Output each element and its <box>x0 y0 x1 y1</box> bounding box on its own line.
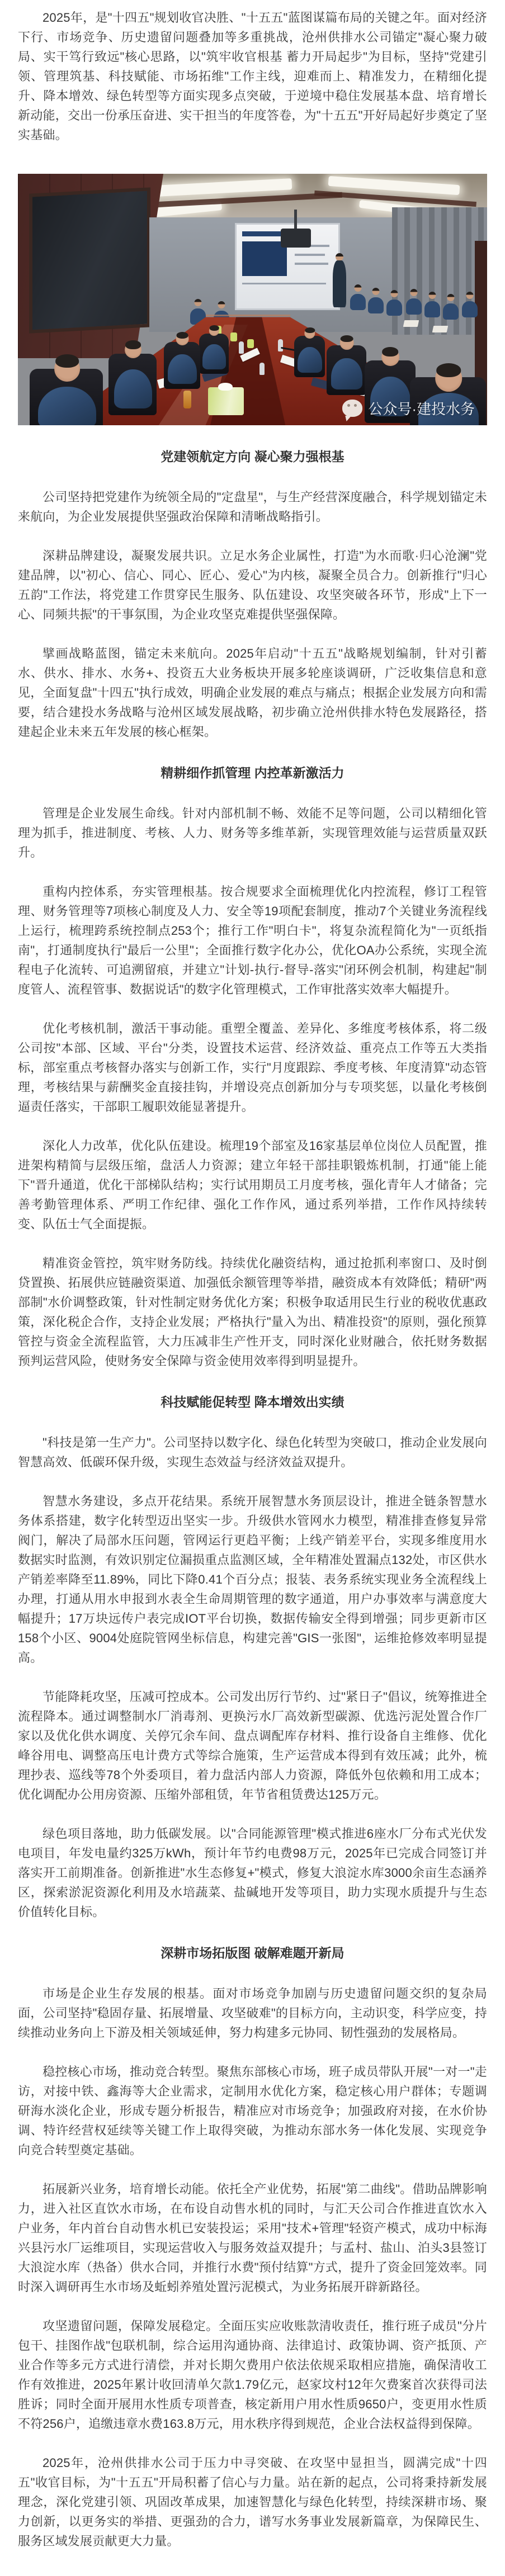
body-paragraph: 擘画战略蓝图，锚定未来航向。2025年启动"十五五"战略规划编制，针对引蓄水、供… <box>18 644 487 742</box>
water-bottle <box>259 363 265 375</box>
body-paragraph: 稳控核心市场，推动竞合转型。聚焦东部核心市场，班子成员带队开展"一对一"走访，对… <box>18 2062 487 2160</box>
seated-person <box>298 328 322 373</box>
attendee-figure <box>406 289 422 315</box>
projector <box>281 229 311 248</box>
slide-text-line <box>242 283 326 284</box>
article: 2025年，是"十四五"规划收官决胜、"十五五"蓝图谋篇布局的关键之年。面对经济… <box>0 0 505 2576</box>
body-paragraph: 市场是企业生存发展的根基。面对市场竞争加剧与历史遗留问题交织的复杂局面，公司坚持… <box>18 1984 487 2042</box>
attendee-figure <box>424 292 440 317</box>
attendee-figure <box>386 290 402 316</box>
body-paragraph: 节能降耗攻坚，压减可控成本。公司发出厉行节约、过"紧日子"倡议，统筹推进全流程降… <box>18 1687 487 1804</box>
seated-person <box>202 326 226 369</box>
intro-paragraph: 2025年，是"十四五"规划收官决胜、"十五五"蓝图谋篇布局的关键之年。面对经济… <box>18 8 487 145</box>
tea-cup <box>230 332 237 341</box>
body-paragraph: 攻坚遗留问题，保障发展稳定。全面压实应收账款清收责任，推行班子成员"分片包干、挂… <box>18 2316 487 2434</box>
seated-person <box>114 341 152 408</box>
section-heading-market: 深耕市场拓版图 破解难题开新局 <box>18 1943 487 1964</box>
presenter-figure <box>331 253 348 309</box>
body-paragraph: 公司坚持把党建作为统领全局的"定盘星"，与生产经营深度融合，科学规划锚定未来航向… <box>18 487 487 526</box>
water-bottle <box>278 339 283 351</box>
seated-person <box>168 332 197 384</box>
body-paragraph: "科技是第一生产力"。公司坚持以数字化、绿色化转型为突破口，推动企业发展向智慧高… <box>18 1433 487 1472</box>
tea-cup <box>247 339 254 348</box>
section-heading-party-building: 党建领航定方向 凝心聚力强根基 <box>18 446 487 467</box>
wall-display <box>29 187 150 333</box>
section-heading-management: 精耕细作抓管理 内控革新激活力 <box>18 763 487 783</box>
seated-person <box>331 336 362 389</box>
wechat-icon <box>342 400 362 417</box>
tissue-box <box>208 387 244 415</box>
person-torso <box>331 358 362 389</box>
table-edge-highlight <box>206 315 290 316</box>
ceiling-light <box>328 176 460 195</box>
attendee-figure <box>443 294 459 320</box>
slide-text-line <box>295 263 328 265</box>
body-paragraph: 精准资金管控，筑牢财务防线。持续优化融资结构，通过抢抓利率窗口、及时倒贷置换、拓… <box>18 1253 487 1371</box>
person-head <box>125 341 141 358</box>
name-card <box>432 326 449 332</box>
body-paragraph: 拓展新兴业务，培育增长动能。依托全产业优势，拓展"第二曲线"。借助品牌影响力，进… <box>18 2179 487 2297</box>
person-head <box>176 332 189 345</box>
closing-paragraph: 2025年，沧州供排水公司于压力中寻突破、在攻坚中显担当，圆满完成"十四五"收官… <box>18 2453 487 2551</box>
seated-person <box>38 356 96 425</box>
attendee-figure <box>462 292 478 317</box>
person-head <box>381 348 399 366</box>
slide-text-line <box>295 254 325 256</box>
body-paragraph: 绿色项目落地，助力低碳发展。以"合同能源管理"模式推进6座水厂分布式光伏发电项目… <box>18 1824 487 1922</box>
person-head <box>340 336 354 350</box>
photo-watermark: 公众号·建投水务 <box>342 398 475 419</box>
slide-panel <box>242 241 287 276</box>
body-paragraph: 管理是企业发展生命线。针对内部机制不畅、效能不足等问题，公司以精细化管理为抓手，… <box>18 804 487 862</box>
attendee-figure <box>368 288 384 313</box>
name-card <box>403 320 419 327</box>
person-head <box>54 356 80 382</box>
body-paragraph: 重构内控体系，夯实管理根基。按合规要求全面梳理优化内控流程，修订工程管理、财务管… <box>18 882 487 999</box>
body-paragraph: 深化人力改革，优化队伍建设。梳理19个部室及16家基层单位岗位人员配置，推进架构… <box>18 1136 487 1234</box>
body-paragraph: 深耕品牌建设，凝聚发展共识。立足水务企业属性，打造"为水而歌·归心沧澜"党建品牌… <box>18 546 487 624</box>
person-head <box>435 365 462 392</box>
meeting-photo[interactable]: 公众号·建投水务 <box>18 174 487 425</box>
drink-bottle <box>183 391 191 408</box>
section-heading-technology: 科技赋能促转型 降本增效出实绩 <box>18 1392 487 1413</box>
body-paragraph: 智慧水务建设，多点开花结果。系统开展智慧水务顶层设计，推进全链条智慧水务体系搭建… <box>18 1491 487 1667</box>
attendee-figure <box>350 284 366 310</box>
slide-title-bar <box>242 231 286 236</box>
person-torso <box>114 369 152 408</box>
watermark-text: 公众号·建投水务 <box>368 398 475 419</box>
water-bottle <box>239 341 244 354</box>
body-paragraph: 优化考核机制，激活干事动能。重塑全覆盖、差异化、多维度考核体系，将二级公司按"本… <box>18 1019 487 1116</box>
